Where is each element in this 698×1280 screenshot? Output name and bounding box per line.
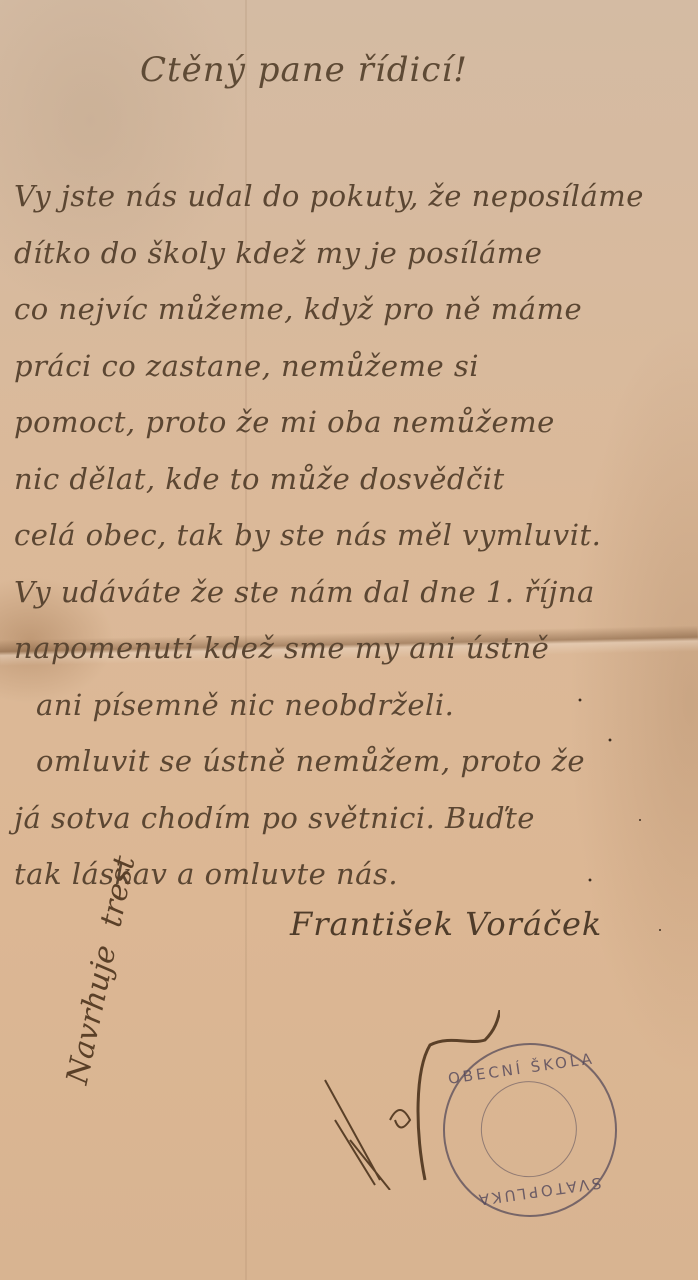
letter-body: Vy jste nás udal do pokuty, že neposílám… bbox=[14, 168, 698, 903]
margin-note-line1: Navrhuje bbox=[60, 942, 124, 1087]
letter-line: já sotva chodím po světnici. Buďte bbox=[14, 790, 698, 847]
letter-line: dítko do školy kdež my je posíláme bbox=[14, 225, 698, 282]
letter-line: pomoct, proto že mi oba nemůžeme bbox=[14, 394, 698, 451]
letter-line: Vy udáváte že ste nám dal dne 1. října bbox=[14, 564, 698, 621]
letter-line: co nejvíc můžeme, když pro ně máme bbox=[14, 281, 698, 338]
letter-line: napomenutí kdež sme my ani ústně bbox=[14, 620, 698, 677]
stamp-inner-ring bbox=[475, 1075, 583, 1183]
letter-greeting: Ctěný pane řídicí! bbox=[140, 50, 468, 90]
stamp-top-text: SVATOPLUKA bbox=[453, 1171, 624, 1212]
letter-line: omluvit se ústně nemůžem, proto že bbox=[14, 733, 698, 790]
letter-line: Vy jste nás udal do pokuty, že neposílám… bbox=[14, 168, 698, 225]
letter-line: nic dělat, kde to může dosvědčit bbox=[14, 451, 698, 508]
letter-paper: Ctěný pane řídicí! Vy jste nás udal do p… bbox=[0, 0, 698, 1280]
letter-line: ani písemně nic neobdrželi. bbox=[14, 677, 698, 734]
signature: František Voráček bbox=[290, 905, 602, 943]
letter-line: celá obec, tak by ste nás měl vymluvit. bbox=[14, 507, 698, 564]
letter-line: práci co zastane, nemůžeme si bbox=[14, 338, 698, 395]
